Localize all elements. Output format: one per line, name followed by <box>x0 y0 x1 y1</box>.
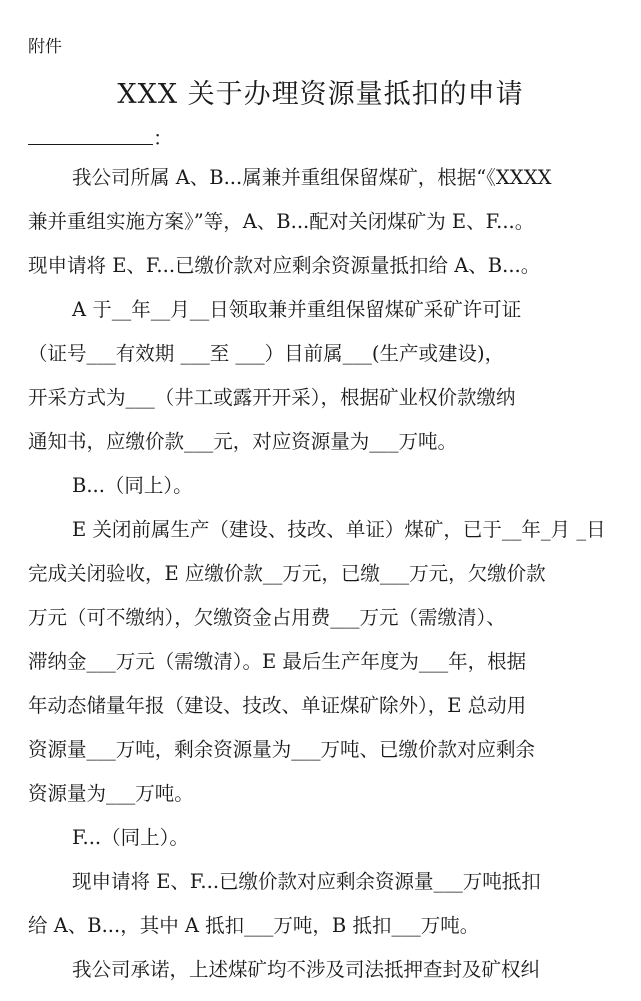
body-line: 我公司所属 A、B...属兼并重组保留煤矿，根据“《XXXX <box>72 165 618 191</box>
body-line: 现申请将 E、F...已缴价款对应剩余资源量抵扣给 A、B...。 <box>28 253 618 279</box>
body-line: B...（同上）。 <box>72 473 618 499</box>
body-line: （证号___有效期 ___至 ___）目前属___(生产或建设)， <box>28 341 618 367</box>
body-line: 现申请将 E、F...已缴价款对应剩余资源量___万吨抵扣 <box>72 869 618 895</box>
document-title: XXX 关于办理资源量抵扣的申请 <box>0 72 641 111</box>
addressee-line: ： <box>28 122 173 151</box>
attachment-label: 附件 <box>28 32 62 57</box>
body-line: E 关闭前属生产（建设、技改、单证）煤矿，已于__年_月 _日 <box>72 517 618 543</box>
body-line: 完成关闭验收，E 应缴价款__万元，已缴___万元，欠缴价款 <box>28 561 618 587</box>
body-line: 开采方式为___（井工或露开开采），根据矿业权价款缴纳 <box>28 385 618 411</box>
body-line: 我公司承诺，上述煤矿均不涉及司法抵押查封及矿权纠 <box>72 957 618 983</box>
body-line: 资源量___万吨，剩余资源量为___万吨、已缴价款对应剩余 <box>28 737 618 763</box>
document-page: 附件 XXX 关于办理资源量抵扣的申请 ： 我公司所属 A、B...属兼并重组保… <box>0 0 641 1001</box>
body-line: 通知书，应缴价款___元，对应资源量为___万吨。 <box>28 429 618 455</box>
body-line: 年动态储量年报（建设、技改、单证煤矿除外），E 总动用 <box>28 693 618 719</box>
addressee-colon: ： <box>153 126 173 150</box>
body-line: 万元（可不缴纳），欠缴资金占用费___万元（需缴清）、 <box>28 605 618 631</box>
body-line: F...（同上）。 <box>72 825 618 851</box>
addressee-blank <box>28 126 153 145</box>
body-line: A 于__年__月__日领取兼并重组保留煤矿采矿许可证 <box>72 297 618 323</box>
body-line: 给 A、B...，其中 A 抵扣___万吨，B 抵扣___万吨。 <box>28 913 618 939</box>
body-line: 兼并重组实施方案》”等，A、B...配对关闭煤矿为 E、F...。 <box>28 209 618 235</box>
body-line: 滞纳金___万元（需缴清）。E 最后生产年度为___年，根据 <box>28 649 618 675</box>
body-line: 资源量为___万吨。 <box>28 781 618 807</box>
